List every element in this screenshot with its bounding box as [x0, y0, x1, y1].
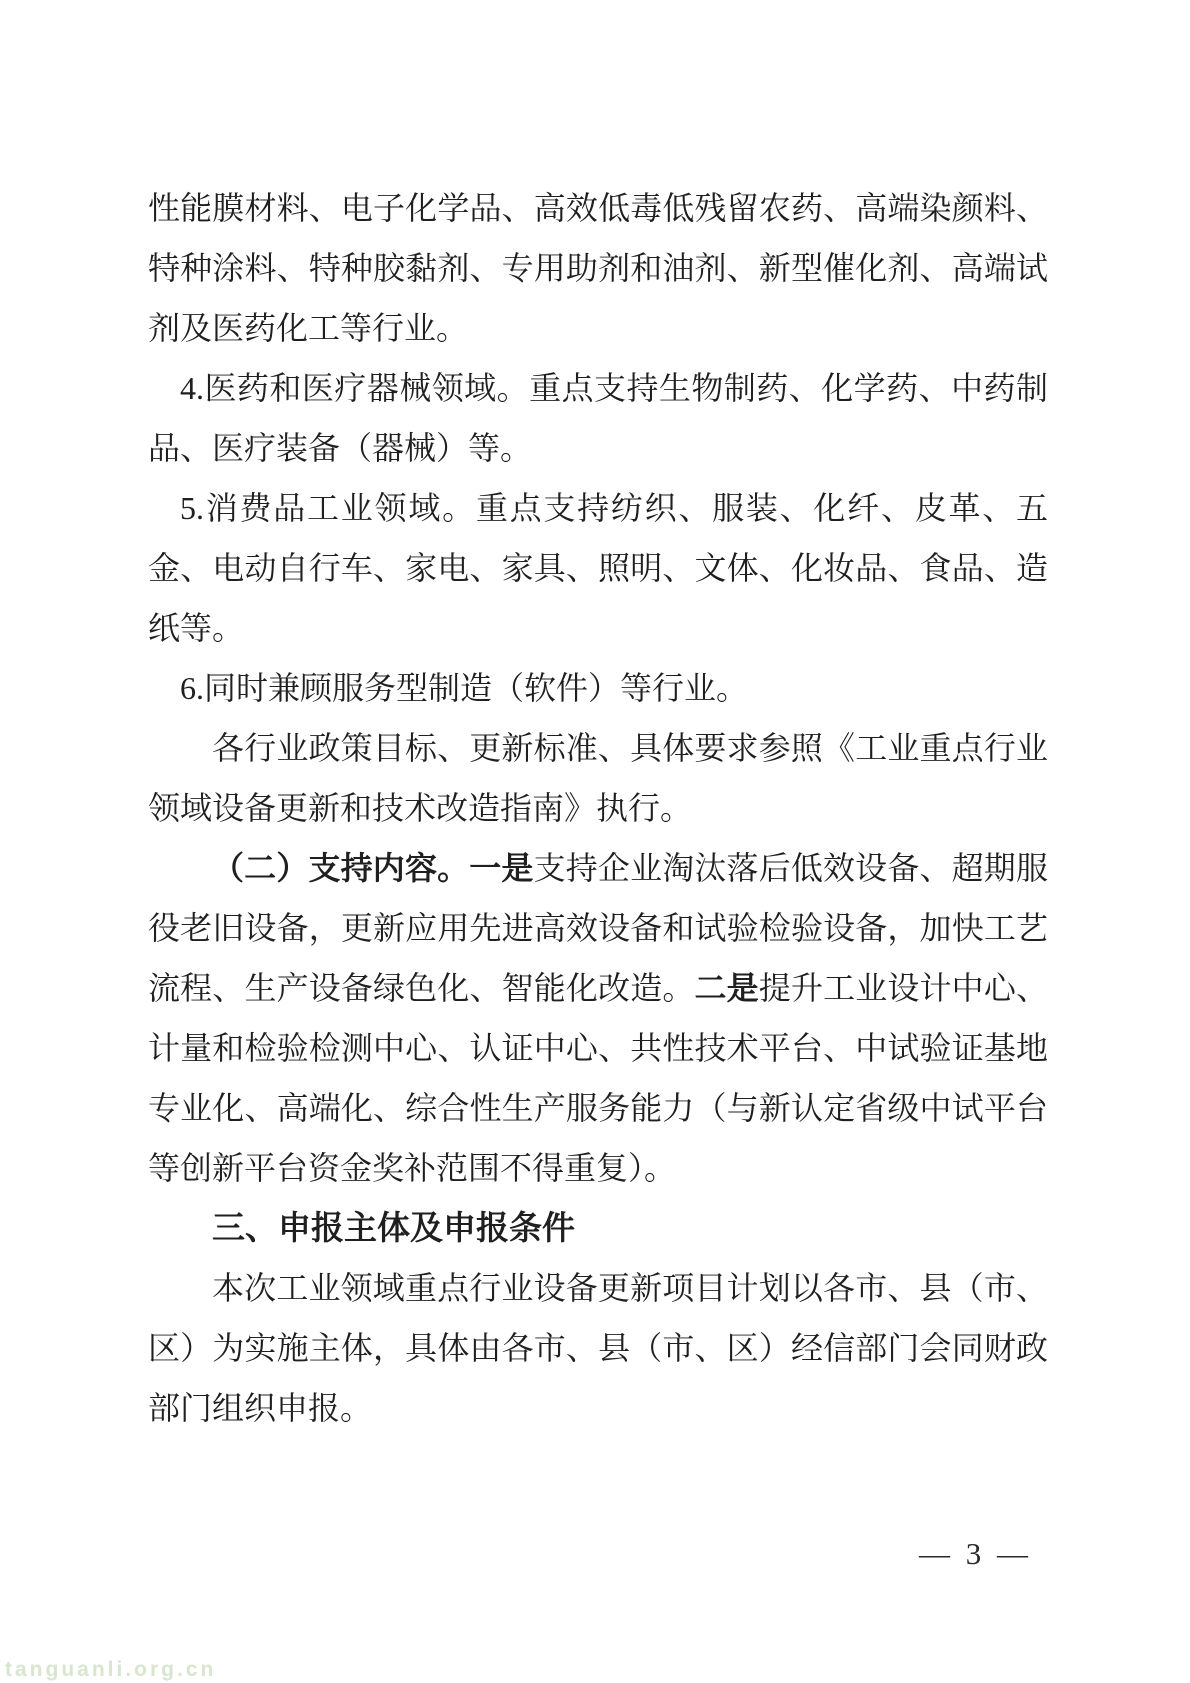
page-number: — 3 — — [919, 1536, 1032, 1572]
document-page: 性能膜材料、电子化学品、高效低毒低残留农药、高端染颜料、特种涂料、特种胶黏剂、专… — [0, 0, 1190, 1683]
section-heading: 三、申报主体及申报条件 — [148, 1198, 1048, 1258]
text-run: 二是 — [695, 970, 759, 1006]
text-run: 性能膜材料、电子化学品、高效低毒低残留农药、高端染颜料、特种涂料、特种胶黏剂、专… — [148, 190, 1048, 346]
text-run: （二）支持内容。 — [212, 850, 469, 886]
text-run: 6.同时兼顾服务型制造（软件）等行业。 — [180, 670, 748, 706]
text-run: 一是 — [469, 850, 533, 886]
text-run: 各行业政策目标、更新标准、具体要求参照《工业重点行业领域设备更新和技术改造指南》… — [148, 730, 1048, 826]
paragraph: 5.消费品工业领域。重点支持纺织、服装、化纤、皮革、五金、电动自行车、家电、家具… — [148, 478, 1048, 658]
paragraph: 4.医药和医疗器械领域。重点支持生物制药、化学药、中药制品、医疗装备（器械）等。 — [148, 358, 1048, 478]
document-body: 性能膜材料、电子化学品、高效低毒低残留农药、高端染颜料、特种涂料、特种胶黏剂、专… — [148, 178, 1048, 1438]
text-run: 本次工业领域重点行业设备更新项目计划以各市、县（市、区）为实施主体，具体由各市、… — [148, 1270, 1048, 1426]
text-run: 三、申报主体及申报条件 — [212, 1209, 575, 1246]
watermark: tanguanli.org.cn — [5, 1658, 216, 1682]
text-run: 5.消费品工业领域。重点支持纺织、服装、化纤、皮革、五金、电动自行车、家电、家具… — [148, 490, 1048, 646]
paragraph: 本次工业领域重点行业设备更新项目计划以各市、县（市、区）为实施主体，具体由各市、… — [148, 1258, 1048, 1438]
text-run: 4.医药和医疗器械领域。重点支持生物制药、化学药、中药制品、医疗装备（器械）等。 — [148, 370, 1048, 466]
paragraph: 6.同时兼顾服务型制造（软件）等行业。 — [148, 658, 1048, 718]
paragraph: 各行业政策目标、更新标准、具体要求参照《工业重点行业领域设备更新和技术改造指南》… — [148, 718, 1048, 838]
paragraph: （二）支持内容。一是支持企业淘汰落后低效设备、超期服役老旧设备，更新应用先进高效… — [148, 838, 1048, 1198]
paragraph: 性能膜材料、电子化学品、高效低毒低残留农药、高端染颜料、特种涂料、特种胶黏剂、专… — [148, 178, 1048, 358]
